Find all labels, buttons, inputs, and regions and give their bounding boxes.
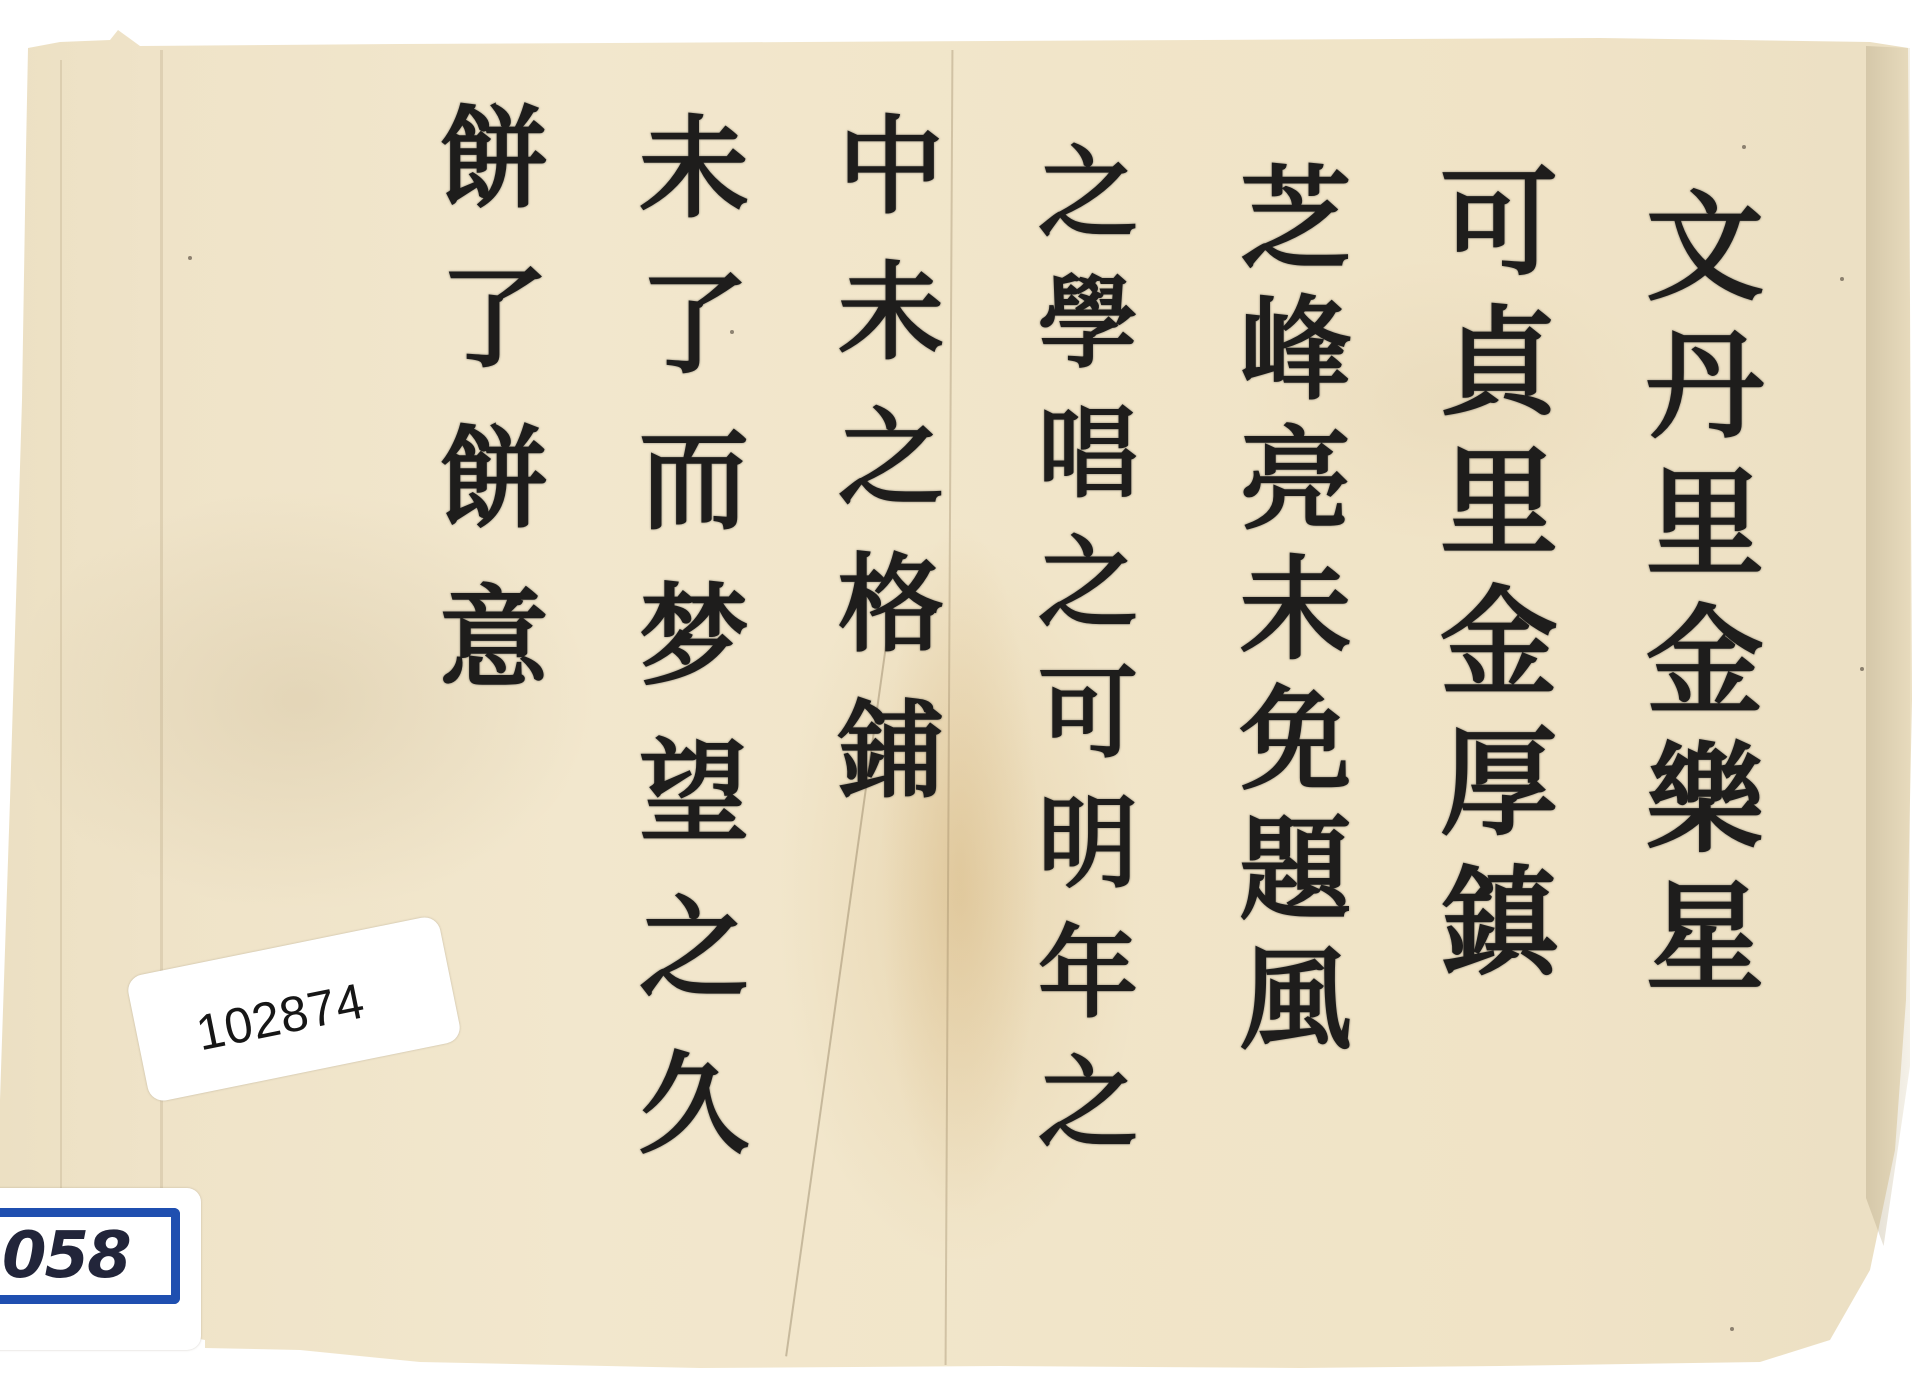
manuscript-column-5: 中未之格鋪 [830,110,936,840]
paper-crease [60,60,62,1210]
manuscript-column-2: 可貞里金厚鎮 [1430,160,1548,1000]
tag-number: 058 [2,1219,130,1293]
blue-tag-border: 058 [0,1208,180,1304]
folded-edge [1866,46,1910,1246]
manuscript-column-7: 餅了餅意 [430,100,540,740]
scanned-document: 文丹里金樂星 可貞里金厚鎮 芝峰亮未免題風 之學唱之可明年之 中未之格鋪 未了而… [0,0,1920,1391]
catalog-number: 102874 [191,972,369,1063]
manuscript-column-4: 之學唱之可明年之 [1030,140,1130,1180]
manuscript-column-3: 芝峰亮未免題風 [1230,160,1342,1070]
blue-bordered-tag: 058 [0,1188,201,1350]
manuscript-column-1: 文丹里金樂星 [1636,185,1754,1013]
manuscript-column-6: 未了而梦望之久 [630,110,740,1202]
